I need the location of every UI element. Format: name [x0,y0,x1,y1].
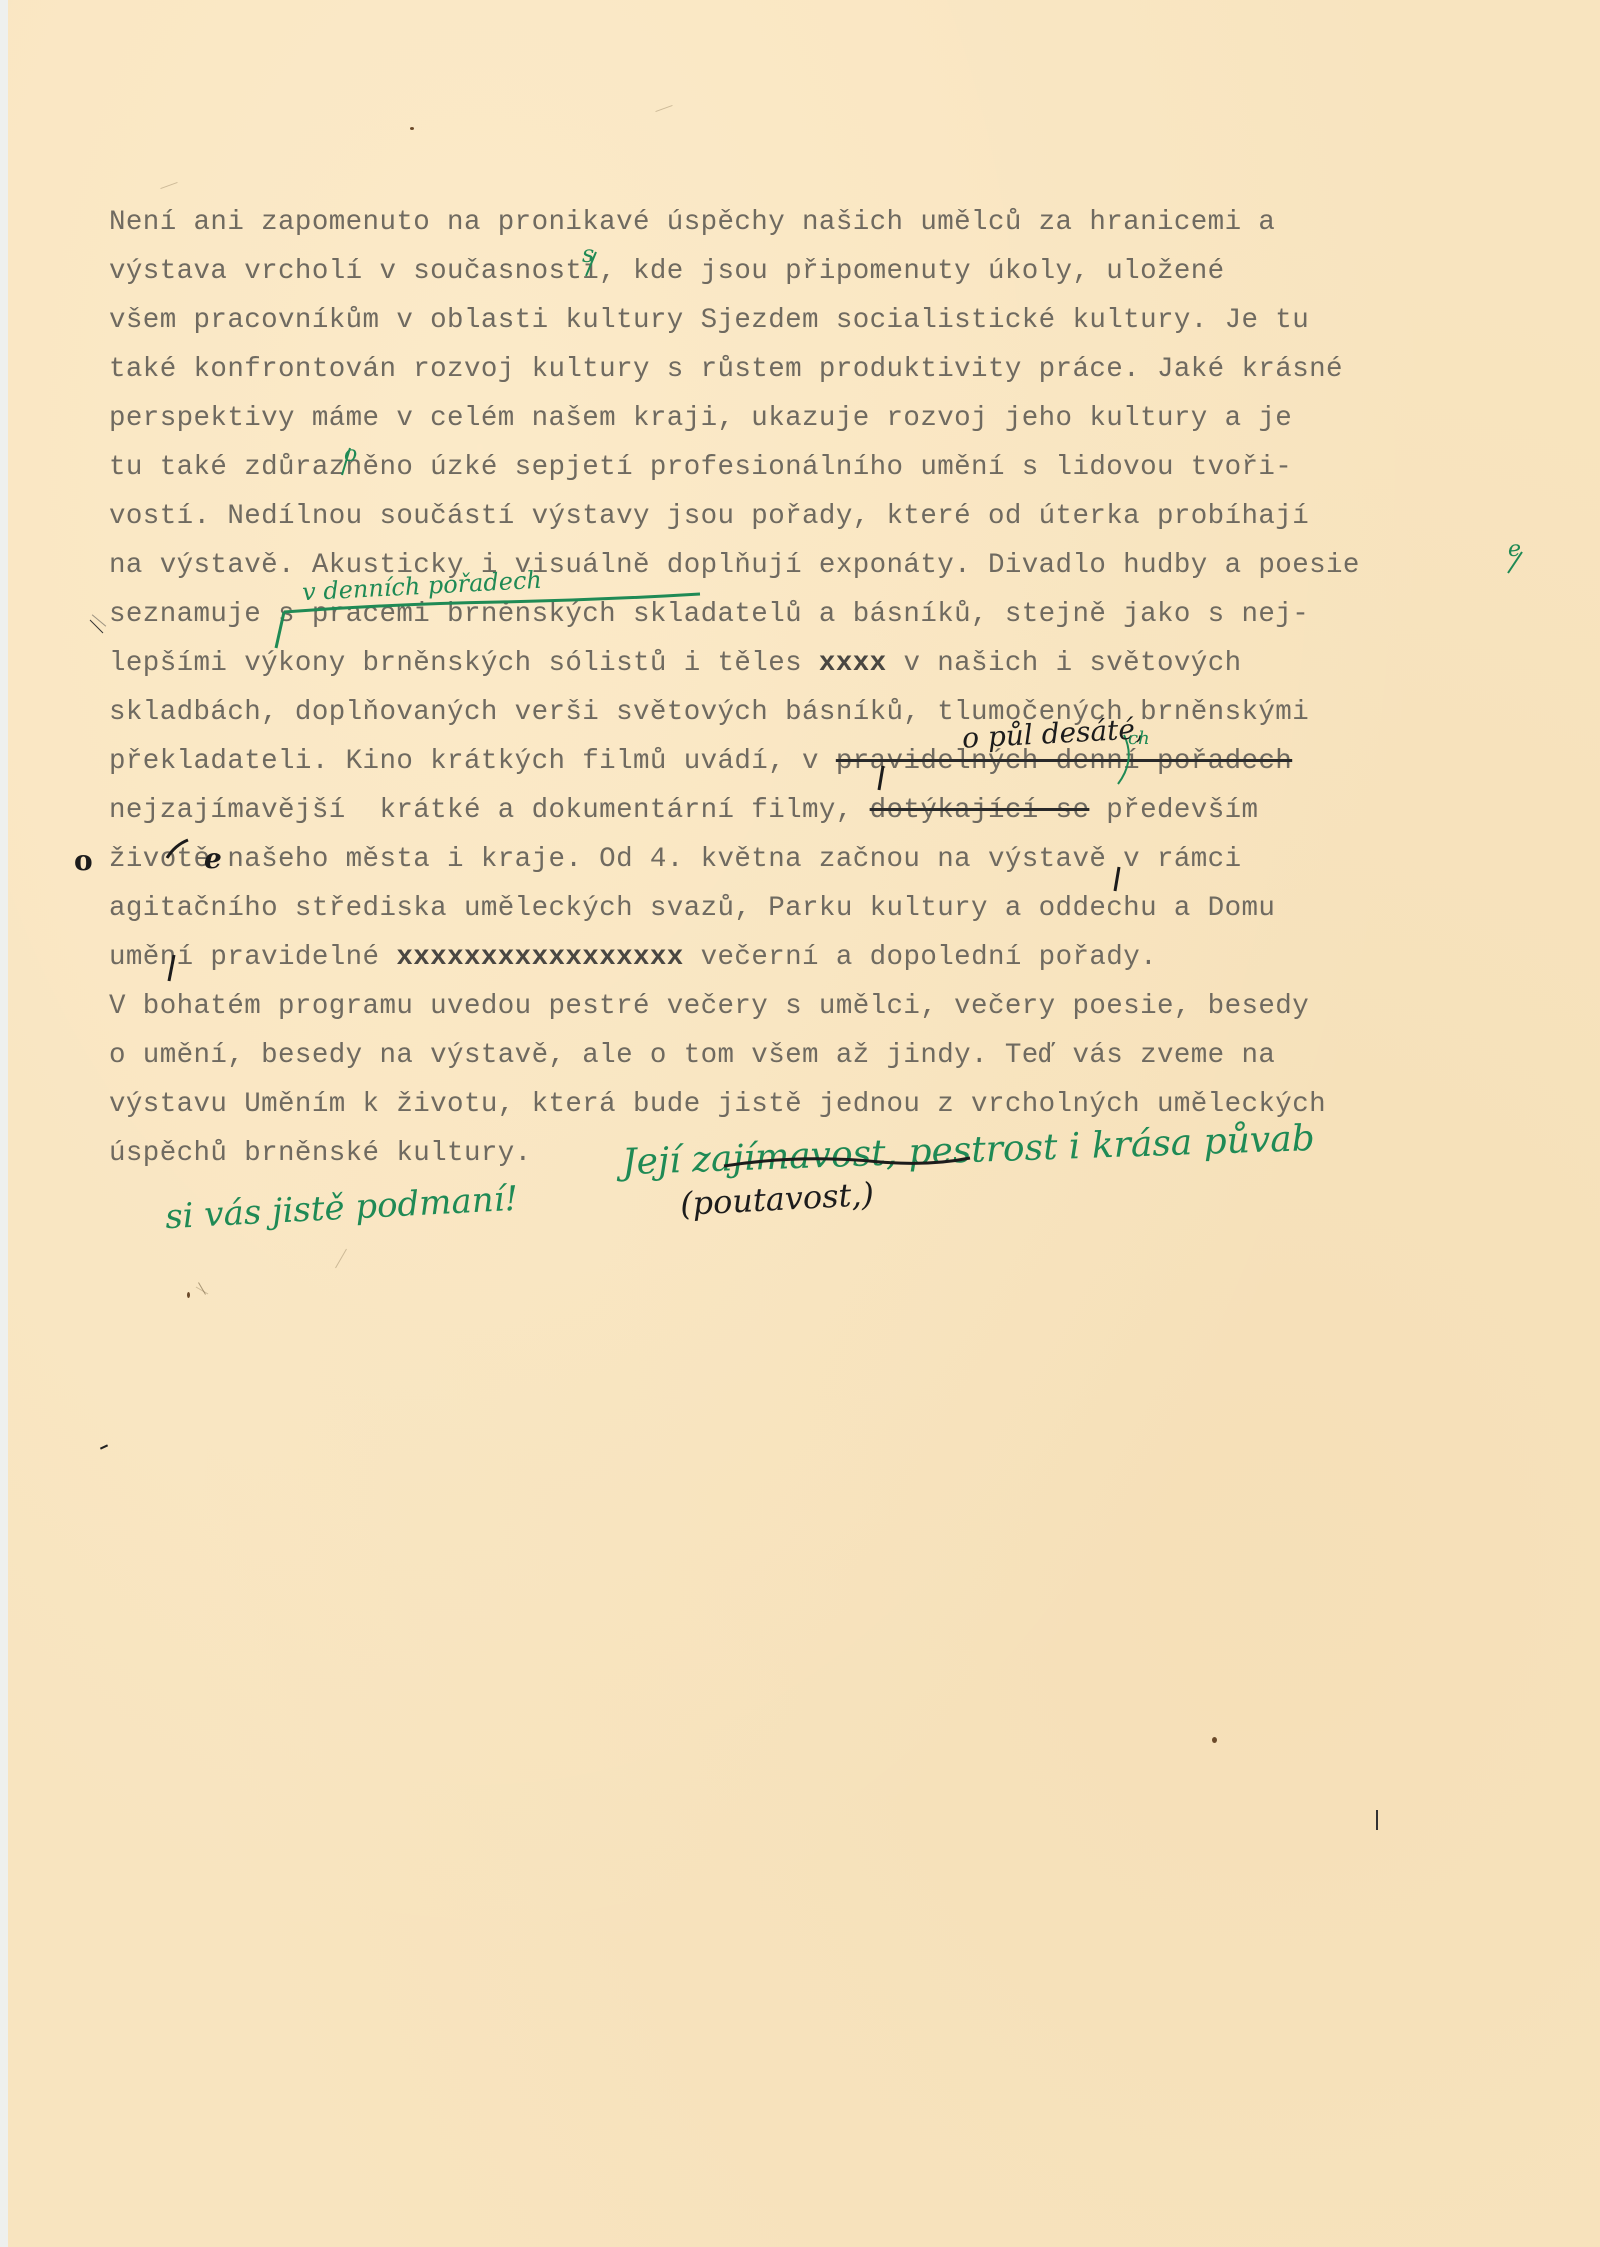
handwritten-correction-ch: ch [1128,728,1150,749]
struck-text: dotýkající se [870,795,1090,826]
typed-line: překladateli. Kino krátkých filmů uvádí,… [109,746,1292,778]
typed-line: o umění, besedy na výstavě, ale o tom vš… [109,1040,1275,1072]
insertion-caret [270,590,710,650]
typed-line: umění pravidelné xxxxxxxxxxxxxxxxx večer… [109,942,1157,974]
paper-speck [1212,1737,1217,1743]
handwritten-closing-line-2: si vás jistě podmaní! [164,1179,519,1237]
typed-segment: překladateli. Kino krátkých filmů uvádí,… [109,746,836,777]
handwritten-correction-s: s [582,240,594,268]
paper-fiber [1376,1810,1378,1830]
paper-fiber [655,105,672,112]
typed-segment: večerní a dopolední pořady. [684,942,1157,973]
typed-line: všem pracovníkům v oblasti kultury Sjezd… [109,305,1309,337]
typed-line: Není ani zapomenuto na pronikavé úspěchy… [109,207,1275,239]
typed-segment: nejzajímavější krátké a dokumentární fil… [109,795,870,826]
typed-line: výstavu Uměním k životu, která bude jist… [109,1089,1326,1121]
typed-line: agitačního střediska uměleckých svazů, P… [109,893,1275,925]
handwritten-correction-zivote-e: e [204,842,222,875]
typed-line: V bohatém programu uvedou pestré večery … [109,991,1309,1023]
struck-text: pravidelných denní pořadech [836,746,1292,777]
handwritten-correction-o: o [344,442,357,467]
typed-line: životě našeho města i kraje. Od 4. květn… [109,844,1241,876]
paper-fiber [160,182,177,189]
typed-line: na výstavě. Akusticky i visuálně doplňuj… [109,550,1360,582]
handwritten-correction-e: e [1508,537,1521,562]
typed-line: tu také zdůrazněno úzké sepjetí profesio… [109,452,1292,484]
paper-fiber [92,614,106,626]
paper-fiber [100,1444,108,1449]
typed-line: také konfrontován rozvoj kultury s růste… [109,354,1343,386]
typed-line: nejzajímavější krátké a dokumentární fil… [109,795,1258,827]
margin-mark-o: o [74,844,93,877]
typed-segment: umění pravidelné [109,942,396,973]
paper-speck [187,1292,190,1298]
typed-xout: xxxx [819,648,887,679]
scan-edge [0,0,8,2247]
document-page: Není ani zapomenuto na pronikavé úspěchy… [0,0,1600,2247]
typed-xout: xxxxxxxxxxxxxxxxx [396,942,683,973]
typed-line: vostí. Nedílnou součástí výstavy jsou po… [109,501,1309,533]
typed-line: výstava vrcholí v současnosti, kde jsou … [109,256,1225,288]
typed-segment: především [1089,795,1258,826]
handwritten-bracket-note: (poutavost,) [679,1175,875,1223]
typed-segment: v našich i světových [887,648,1242,679]
typed-line: perspektivy máme v celém našem kraji, uk… [109,403,1292,435]
closing-strike [720,1140,980,1180]
paper-speck [410,127,414,130]
typed-segment: lepšími výkony brněnských sólistů i těle… [109,648,819,679]
typed-line: úspěchů brněnské kultury. [109,1138,532,1170]
typed-line: lepšími výkony brněnských sólistů i těle… [109,648,1242,680]
paper-fiber [335,1249,347,1269]
